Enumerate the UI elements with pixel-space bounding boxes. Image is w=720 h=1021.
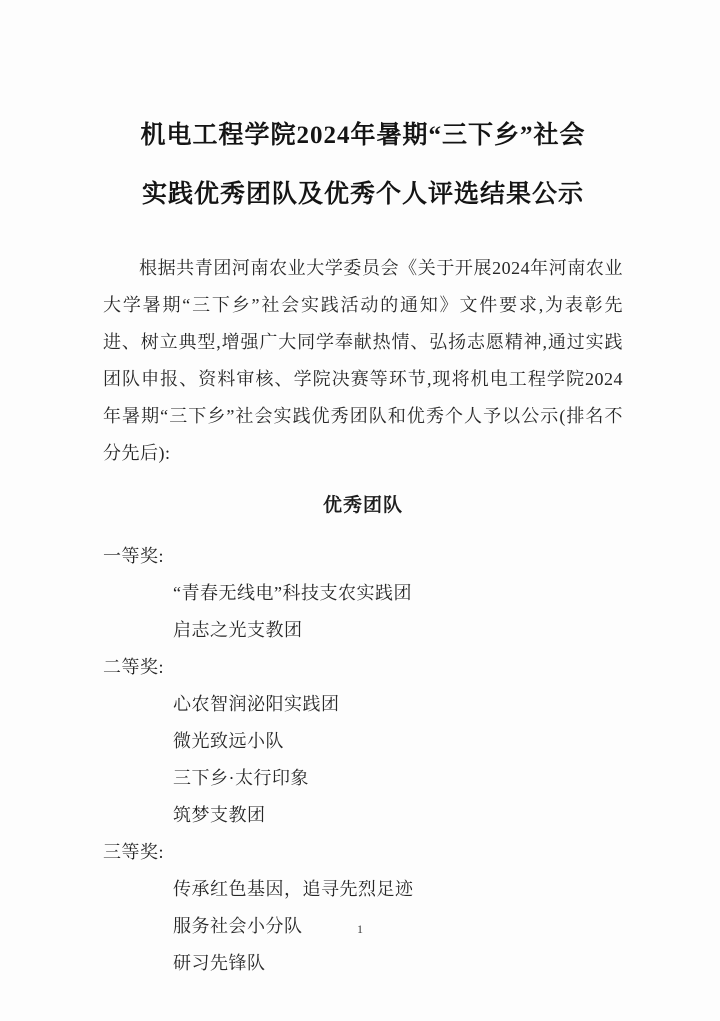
team-name: 筑梦支教团 [103,797,623,834]
document-title-line-2: 实践优秀团队及优秀个人评选结果公示 [103,165,623,224]
team-name: 三下乡·太行印象 [103,760,623,797]
document-title-line-1: 机电工程学院2024年暑期“三下乡”社会 [103,106,623,165]
team-name: 微光致远小队 [103,723,623,760]
intro-paragraph: 根据共青团河南农业大学委员会《关于开展2024年河南农业大学暑期“三下乡”社会实… [103,250,623,472]
team-name: “青春无线电”科技支农实践团 [103,575,623,612]
award-label-third-prize: 三等奖: [103,834,623,871]
team-name: 心农智润泌阳实践团 [103,686,623,723]
team-name: 传承红色基因，追寻先烈足迹 [103,871,623,908]
document-title: 机电工程学院2024年暑期“三下乡”社会 实践优秀团队及优秀个人评选结果公示 [103,106,623,224]
award-label-first-prize: 一等奖: [103,538,623,575]
page-content: 机电工程学院2024年暑期“三下乡”社会 实践优秀团队及优秀个人评选结果公示 根… [103,0,623,982]
page-number: 1 [0,922,720,937]
team-name: 研习先锋队 [103,945,623,982]
team-name: 启志之光支教团 [103,612,623,649]
award-group-first-prize: 一等奖: “青春无线电”科技支农实践团 启志之光支教团 [103,538,623,649]
award-label-second-prize: 二等奖: [103,649,623,686]
award-group-third-prize: 三等奖: 传承红色基因，追寻先烈足迹 服务社会小分队 研习先锋队 [103,834,623,982]
scanned-document-page: 机电工程学院2024年暑期“三下乡”社会 实践优秀团队及优秀个人评选结果公示 根… [0,0,720,1021]
section-heading-outstanding-teams: 优秀团队 [103,490,623,522]
award-group-second-prize: 二等奖: 心农智润泌阳实践团 微光致远小队 三下乡·太行印象 筑梦支教团 [103,649,623,834]
